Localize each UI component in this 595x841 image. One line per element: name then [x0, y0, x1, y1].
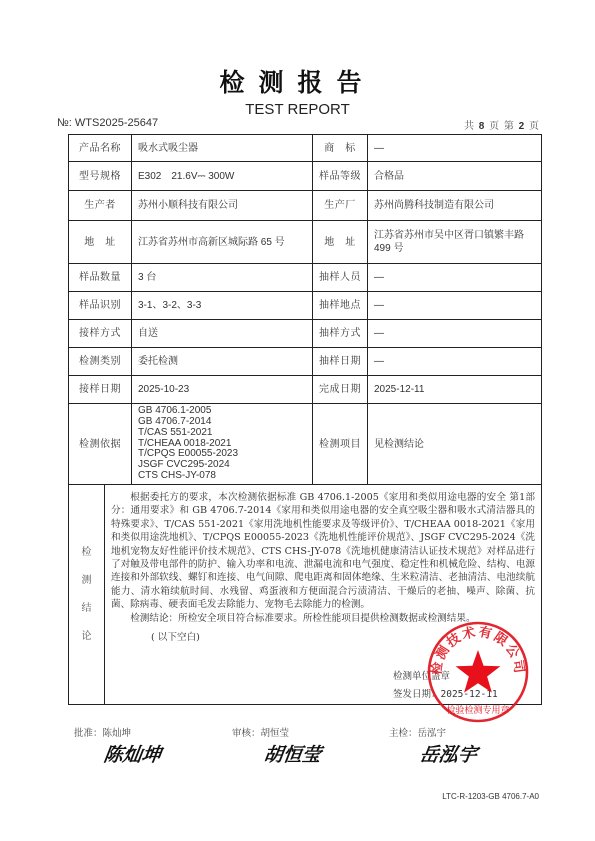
seal-bottom-text: 检验检测专用章 — [446, 704, 509, 716]
label-factory: 生产厂 — [313, 191, 368, 221]
value-producer-address: 江苏省苏州市高新区城际路 65 号 — [132, 221, 313, 264]
value-model: E302 21.6V⎓ 300W — [132, 162, 313, 191]
label-completion-date: 完成日期 — [313, 376, 368, 404]
approver-name: 陈灿坤 — [103, 728, 132, 739]
approver: 批准：陈灿坤 — [74, 725, 131, 739]
label-sample-quantity: 样品数量 — [69, 264, 132, 292]
page-total: 8 — [479, 121, 485, 132]
label-test-basis: 检测依据 — [69, 404, 132, 485]
value-sampling-method: — — [368, 320, 542, 348]
label-sampling-method: 抽样方式 — [313, 320, 368, 348]
page-current: 2 — [519, 121, 525, 132]
page-subtitle: TEST REPORT — [0, 101, 595, 118]
label-test-items: 检测项目 — [313, 404, 368, 485]
value-producer: 苏州小顺科技有限公司 — [132, 191, 313, 221]
conclusion-paragraph: 根据委托方的要求，本次检测依据标准 GB 4706.1-2005《家用和类似用途… — [111, 491, 535, 612]
page-current-suffix: 页 — [529, 121, 539, 132]
seal-star-icon — [456, 650, 501, 693]
table-row: 样品识别 3-1、3-2、3-3 抽样地点 — — [69, 292, 542, 320]
reviewer-name: 胡恒莹 — [261, 728, 290, 739]
table-row: 检测依据 GB 4706.1-2005 GB 4706.7-2014 T/CAS… — [69, 404, 542, 485]
page-current-prefix: 第 — [504, 121, 514, 132]
value-test-category: 委托检测 — [132, 348, 313, 376]
page-total-suffix: 页 — [489, 121, 499, 132]
value-sample-quantity: 3 台 — [132, 264, 313, 292]
value-sampler: — — [368, 264, 542, 292]
label-sampling-date: 抽样日期 — [313, 348, 368, 376]
approver-signature: 陈灿坤 — [102, 740, 163, 767]
label-receipt-date: 接样日期 — [69, 376, 132, 404]
value-trademark: — — [368, 135, 542, 162]
value-sampling-date: — — [368, 348, 542, 376]
report-number-label: №: — [57, 117, 72, 129]
label-trademark: 商 标 — [313, 135, 368, 162]
label-test-category: 检测类别 — [69, 348, 132, 376]
label-sampling-location: 抽样地点 — [313, 292, 368, 320]
page-total-prefix: 共 — [464, 121, 474, 132]
value-factory-address: 江苏省苏州市吴中区胥口镇繁丰路 499 号 — [368, 221, 542, 264]
value-test-items: 见检测结论 — [368, 404, 542, 485]
reviewer: 审核：胡恒莹 — [232, 725, 289, 739]
official-seal-icon: 检测技术有限公司 检验检测专用章 — [426, 620, 530, 724]
value-sample-grade: 合格品 — [368, 162, 542, 191]
label-sample-id: 样品识别 — [69, 292, 132, 320]
table-row: 生产者 苏州小顺科技有限公司 生产厂 苏州尚腾科技制造有限公司 — [69, 191, 542, 221]
conclusion-label: 检 测 结 论 — [69, 485, 105, 704]
label-producer-address: 地 址 — [69, 221, 132, 264]
table-row: 接样日期 2025-10-23 完成日期 2025-12-11 — [69, 376, 542, 404]
table-row: 产品名称 吸水式吸尘器 商 标 — — [69, 135, 542, 162]
table-row: 地 址 江苏省苏州市高新区城际路 65 号 地 址 江苏省苏州市吴中区胥口镇繁丰… — [69, 221, 542, 264]
page-title: 检测报告 — [0, 63, 595, 99]
value-receipt-date: 2025-10-23 — [132, 376, 313, 404]
reviewer-signature: 胡恒莹 — [262, 740, 323, 767]
value-completion-date: 2025-12-11 — [368, 376, 542, 404]
value-product-name: 吸水式吸尘器 — [132, 135, 313, 162]
label-receipt-method: 接样方式 — [69, 320, 132, 348]
report-number-value: WTS2025-25647 — [75, 117, 158, 129]
page-info: 共 8 页 第 2 页 — [464, 117, 539, 132]
table-row: 检测类别 委托检测 抽样日期 — — [69, 348, 542, 376]
table-row: 接样方式 自送 抽样方式 — — [69, 320, 542, 348]
table-row: 型号规格 E302 21.6V⎓ 300W 样品等级 合格品 — [69, 162, 542, 191]
chief-inspector-signature: 岳泓宇 — [418, 740, 479, 767]
standard-item: T/CAS 551-2021 — [138, 428, 306, 439]
chief-inspector-role: 主检： — [389, 728, 418, 739]
label-product-name: 产品名称 — [69, 135, 132, 162]
value-test-basis: GB 4706.1-2005 GB 4706.7-2014 T/CAS 551-… — [132, 404, 313, 485]
label-model: 型号规格 — [69, 162, 132, 191]
form-code: LTC-R-1203-GB 4706.7-A0 — [442, 792, 539, 801]
conclusion-label-char: 论 — [82, 630, 92, 643]
chief-inspector: 主检：岳泓宇 — [389, 725, 446, 739]
label-sampler: 抽样人员 — [313, 264, 368, 292]
report-number: №: WTS2025-25647 — [57, 117, 158, 129]
value-sampling-location: — — [368, 292, 542, 320]
conclusion-label-char: 检 — [82, 546, 92, 559]
conclusion-label-char: 结 — [82, 602, 92, 615]
approver-role: 批准： — [74, 728, 103, 739]
reviewer-role: 审核： — [232, 728, 261, 739]
value-sample-id: 3-1、3-2、3-3 — [132, 292, 313, 320]
label-producer: 生产者 — [69, 191, 132, 221]
table-row: 样品数量 3 台 抽样人员 — — [69, 264, 542, 292]
value-factory: 苏州尚腾科技制造有限公司 — [368, 191, 542, 221]
value-receipt-method: 自送 — [132, 320, 313, 348]
conclusion-label-char: 测 — [82, 574, 92, 587]
label-factory-address: 地 址 — [313, 221, 368, 264]
standard-item: CTS CHS-JY-078 — [138, 471, 306, 482]
label-sample-grade: 样品等级 — [313, 162, 368, 191]
chief-inspector-name: 岳泓宇 — [418, 728, 447, 739]
